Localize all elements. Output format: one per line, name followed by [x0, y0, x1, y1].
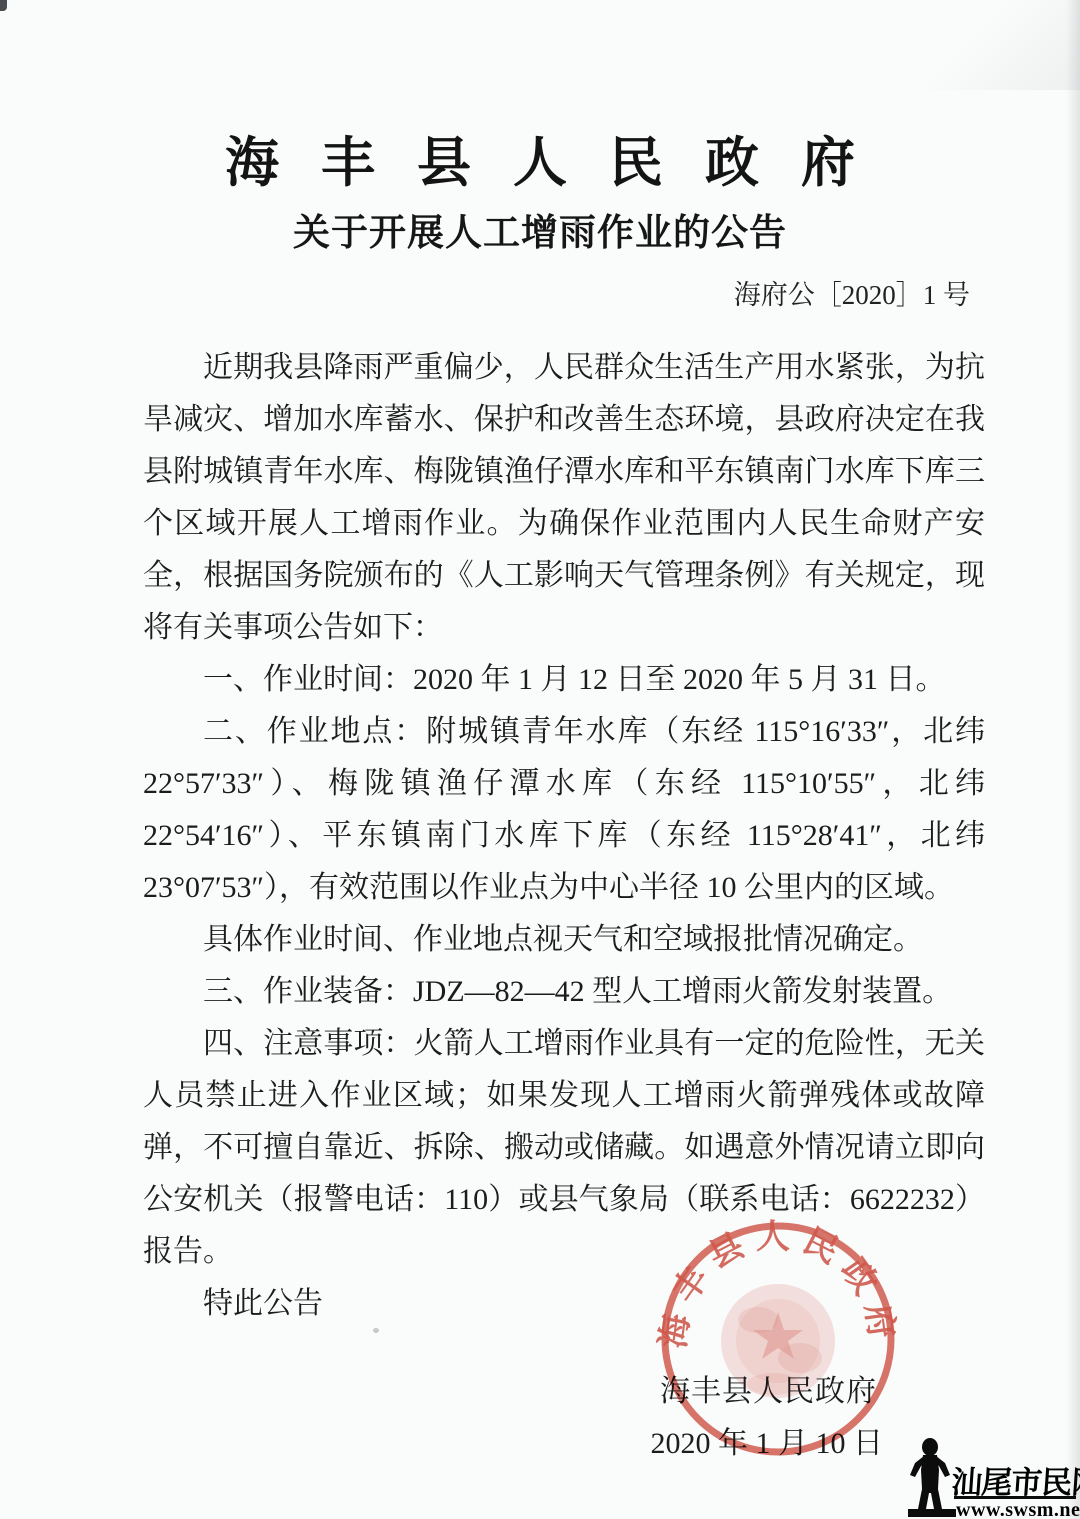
scanned-document-page: 海丰县人民政府 关于开展人工增雨作业的公告 海府公［2020］1 号 近期我县降…	[0, 0, 1080, 1519]
paragraph-item2-location: 二、作业地点：附城镇青年水库（东经 115°16′33″，北纬 22°57′33…	[143, 706, 985, 914]
site-watermark: 汕尾市民网 www.swsm.net	[900, 1430, 1080, 1519]
scan-speck	[373, 1328, 379, 1333]
document-body: 近期我县降雨严重偏少，人民群众生活生产用水紧张，为抗旱减灾、增加水库蓄水、保护和…	[143, 342, 985, 1330]
scan-shadow-top-right	[760, 0, 1080, 90]
watermark-url: www.swsm.net	[956, 1499, 1080, 1519]
document-title: 海丰县人民政府	[0, 130, 1080, 196]
document-subtitle: 关于开展人工增雨作业的公告	[0, 212, 1080, 256]
paragraph-item3-equipment: 三、作业装备：JDZ—82—42 型人工增雨火箭发射装置。	[143, 966, 985, 1018]
document-number: 海府公［2020］1 号	[0, 278, 970, 312]
watermark-site-name: 汕尾市民网	[950, 1465, 1080, 1500]
signature-date-line: 2020 年 1 月 10 日	[0, 1418, 883, 1470]
paragraph-closing: 特此公告	[143, 1278, 985, 1330]
signature-block: 海丰县人民政府 2020 年 1 月 10 日	[0, 1366, 883, 1470]
paragraph-item2-note: 具体作业时间、作业地点视天气和空域报批情况确定。	[143, 914, 985, 966]
signature-date: 2020 年 1 月 10 日	[651, 1427, 884, 1460]
signature-name-line: 海丰县人民政府	[0, 1366, 883, 1418]
scan-speck	[574, 221, 579, 225]
paragraph-intro: 近期我县降雨严重偏少，人民群众生活生产用水紧张，为抗旱减灾、增加水库蓄水、保护和…	[143, 342, 985, 654]
paragraph-item4-caution: 四、注意事项：火箭人工增雨作业具有一定的危险性，无关人员禁止进入作业区域；如果发…	[143, 1018, 985, 1278]
scan-shadow-right	[1066, 0, 1080, 1519]
signature-name: 海丰县人民政府	[660, 1375, 877, 1408]
paragraph-item1-time: 一、作业时间：2020 年 1 月 12 日至 2020 年 5 月 31 日。	[143, 654, 985, 706]
scan-speck-corner	[0, 0, 7, 11]
